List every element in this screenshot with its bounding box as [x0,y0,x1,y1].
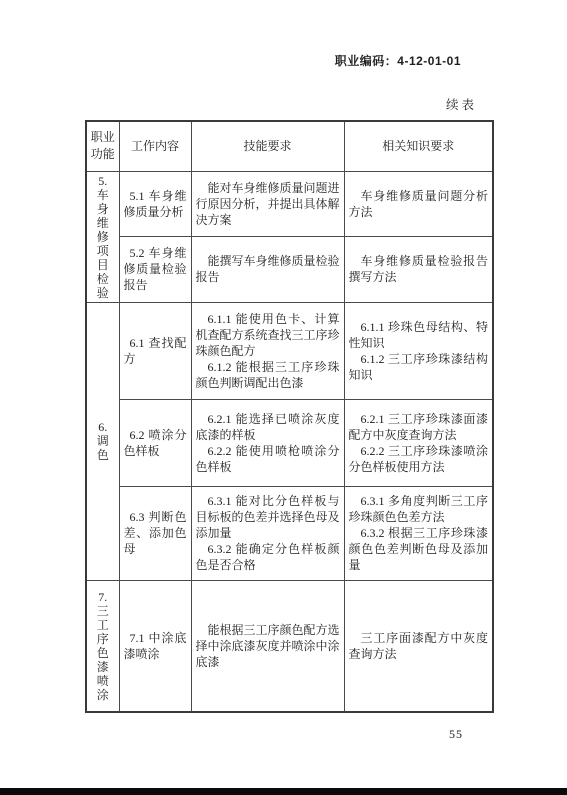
table-row-6-2: 6.2 喷涂分色样板 6.2.1 能选择已喷涂灰度底漆的样板 6.2.2 能使用… [86,399,493,486]
skill-cell-6-2: 6.2.1 能选择已喷涂灰度底漆的样板 6.2.2 能使用喷枪喷涂分色样板 [191,399,344,486]
page-number: 55 [449,727,463,742]
function-name-vertical: 三工序色漆喷涂 [96,604,110,702]
table-row-5-2: 5.2 车身维修质量检验报告 能撰写车身维修质量检验报告 车身维修质量检验报告撰… [86,237,493,303]
knowledge-cell-6-1: 6.1.1 珍珠色母结构、特性知识 6.1.2 三工序珍珠漆结构知识 [344,302,493,399]
knowledge-item: 车身维修质量问题分析方法 [349,188,489,220]
function-cell-5: 5. 车身维修项目检验 [86,171,119,302]
col-header-work-content: 工作内容 [119,121,191,171]
knowledge-item: 三工序面漆配方中灰度查询方法 [349,630,489,662]
scan-edge-bar [0,788,567,795]
work-cell-6-3: 6.3 判断色差、添加色母 [119,486,191,580]
skill-item: 6.1.1 能使用色卡、计算机查配方系统查找三工序珍珠颜色配方 [196,311,340,359]
occupational-standard-table: 职业功能 工作内容 技能要求 相关知识要求 5. 车身维修项目检验 5.1 车身… [85,120,494,713]
function-cell-7: 7. 三工序色漆喷涂 [86,580,119,712]
col-header-skill-requirements: 技能要求 [191,121,344,171]
occupation-code: 职业编码：4-12-01-01 [335,52,461,69]
knowledge-cell-7-1: 三工序面漆配方中灰度查询方法 [344,580,493,712]
knowledge-item: 6.1.2 三工序珍珠漆结构知识 [349,351,489,383]
skill-item: 6.2.2 能使用喷枪喷涂分色样板 [196,443,340,475]
knowledge-item: 车身维修质量检验报告撰写方法 [349,253,489,285]
skill-item: 6.3.1 能对比分色样板与目标板的色差并选择色母及添加量 [196,493,340,541]
skill-item: 能撰写车身维修质量检验报告 [196,253,340,285]
work-text: 6.3 判断色差、添加色母 [124,509,187,557]
table-row-6-1: 6. 调色 6.1 查找配方 6.1.1 能使用色卡、计算机查配方系统查找三工序… [86,302,493,399]
work-cell-7-1: 7.1 中涂底漆喷涂 [119,580,191,712]
skill-cell-7-1: 能根据三工序颜色配方选择中涂底漆灰度并喷涂中涂底漆 [191,580,344,712]
table-row-6-3: 6.3 判断色差、添加色母 6.3.1 能对比分色样板与目标板的色差并选择色母及… [86,486,493,580]
skill-cell-5-1: 能对车身维修质量问题进行原因分析，并提出具体解决方案 [191,171,344,237]
skill-item: 6.3.2 能确定分色样板颜色是否合格 [196,541,340,573]
knowledge-item: 6.2.1 三工序珍珠漆面漆配方中灰度查询方法 [349,411,489,443]
skill-item: 6.1.2 能根据三工序珍珠颜色判断调配出色漆 [196,359,340,391]
table-row-7-1: 7. 三工序色漆喷涂 7.1 中涂底漆喷涂 能根据三工序颜色配方选择中涂底漆灰度… [86,580,493,712]
skill-cell-6-3: 6.3.1 能对比分色样板与目标板的色差并选择色母及添加量 6.3.2 能确定分… [191,486,344,580]
work-cell-5-1: 5.1 车身维修质量分析 [119,171,191,237]
work-text: 7.1 中涂底漆喷涂 [124,630,187,662]
knowledge-item: 6.2.2 三工序珍珠漆喷涂分色样板使用方法 [349,443,489,475]
function-cell-6: 6. 调色 [86,302,119,580]
skill-item: 6.2.1 能选择已喷涂灰度底漆的样板 [196,411,340,443]
table-row-5-1: 5. 车身维修项目检验 5.1 车身维修质量分析 能对车身维修质量问题进行原因分… [86,171,493,237]
col-header-knowledge-requirements: 相关知识要求 [344,121,493,171]
skill-cell-5-2: 能撰写车身维修质量检验报告 [191,237,344,303]
knowledge-item: 6.3.2 根据三工序珍珠漆颜色色差判断色母及添加量 [349,525,489,573]
knowledge-cell-5-1: 车身维修质量问题分析方法 [344,171,493,237]
work-cell-6-2: 6.2 喷涂分色样板 [119,399,191,486]
col-header-function: 职业功能 [86,121,119,171]
work-text: 6.1 查找配方 [124,335,187,367]
skill-item: 能对车身维修质量问题进行原因分析，并提出具体解决方案 [196,180,340,228]
skill-cell-6-1: 6.1.1 能使用色卡、计算机查配方系统查找三工序珍珠颜色配方 6.1.2 能根… [191,302,344,399]
document-page: 职业编码：4-12-01-01 续表 职业功能 工作内容 技能要求 相关知识要求… [0,0,567,795]
work-text: 5.2 车身维修质量检验报告 [124,245,187,293]
knowledge-item: 6.3.1 多角度判断三工序珍珠颜色色差方法 [349,493,489,525]
continued-table-label: 续表 [446,95,477,113]
function-name-vertical: 车身维修项目检验 [96,188,110,300]
work-text: 5.1 车身维修质量分析 [124,188,187,220]
work-text: 6.2 喷涂分色样板 [124,427,187,459]
function-name-vertical: 调色 [96,434,110,462]
knowledge-cell-5-2: 车身维修质量检验报告撰写方法 [344,237,493,303]
work-cell-5-2: 5.2 车身维修质量检验报告 [119,237,191,303]
table-header-row: 职业功能 工作内容 技能要求 相关知识要求 [86,121,493,171]
skill-item: 能根据三工序颜色配方选择中涂底漆灰度并喷涂中涂底漆 [196,622,340,670]
knowledge-cell-6-3: 6.3.1 多角度判断三工序珍珠颜色色差方法 6.3.2 根据三工序珍珠漆颜色色… [344,486,493,580]
function-number: 5. [91,174,115,188]
knowledge-item: 6.1.1 珍珠色母结构、特性知识 [349,319,489,351]
function-number: 7. [91,590,115,604]
knowledge-cell-6-2: 6.2.1 三工序珍珠漆面漆配方中灰度查询方法 6.2.2 三工序珍珠漆喷涂分色… [344,399,493,486]
work-cell-6-1: 6.1 查找配方 [119,302,191,399]
function-number: 6. [91,420,115,434]
